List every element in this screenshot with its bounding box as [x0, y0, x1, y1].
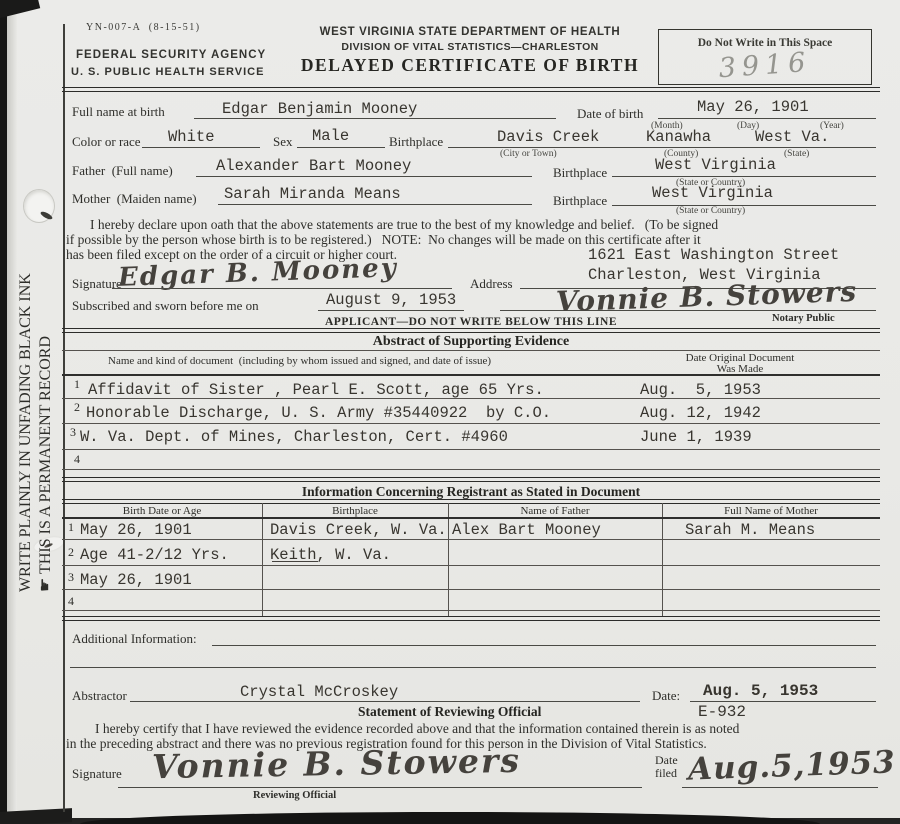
- father-birthplace-value: West Virginia: [655, 156, 776, 174]
- evidence-row-document: Honorable Discharge, U. S. Army #3544092…: [86, 404, 551, 422]
- field-underline: [70, 651, 876, 668]
- registrant-row-number: 2: [68, 545, 74, 560]
- table-row-line: [62, 398, 880, 399]
- abstract-date-label: Date:: [652, 688, 680, 704]
- divider: [62, 374, 880, 376]
- mother-name-value: Sarah Miranda Means: [224, 185, 401, 203]
- birthplace-county-value: Kanawha: [646, 128, 711, 146]
- table-row-line: [62, 449, 880, 450]
- father-birthplace-label: Birthplace: [553, 165, 607, 181]
- city-sublabel: (City or Town): [500, 149, 557, 159]
- evidence-row-document: W. Va. Dept. of Mines, Charleston, Cert.…: [80, 428, 508, 446]
- registrant-birth-value: May 26, 1901: [80, 571, 192, 589]
- evidence-row-date: Aug. 12, 1942: [640, 404, 761, 422]
- divider: [62, 350, 880, 351]
- field-underline: [130, 685, 640, 702]
- registrant-col-header-birthplace: Birthplace: [262, 505, 448, 517]
- margin-line-1: WRITE PLAINLY IN UNFADING BLACK INK: [17, 212, 35, 592]
- scanned-birth-certificate: WRITE PLAINLY IN UNFADING BLACK INK ☛ TH…: [0, 0, 900, 824]
- race-value: White: [168, 128, 215, 146]
- full-name-label: Full name at birth: [72, 104, 165, 120]
- field-underline: [690, 685, 876, 702]
- father-name-value: Alexander Bart Mooney: [216, 157, 411, 175]
- form-title: DELAYED CERTIFICATE OF BIRTH: [290, 55, 650, 76]
- date-of-birth-label: Date of birth: [577, 106, 643, 122]
- mother-birthplace-label: Birthplace: [553, 193, 607, 209]
- evidence-row-date: Aug. 5, 1953: [640, 381, 761, 399]
- sex-value: Male: [312, 127, 349, 145]
- divider: [62, 517, 880, 519]
- date-of-birth-value: May 26, 1901: [697, 98, 809, 116]
- agency-name: FEDERAL SECURITY AGENCY: [76, 49, 266, 61]
- table-row-line: [62, 539, 880, 540]
- mother-name-label: Mother (Maiden name): [72, 191, 197, 207]
- review-signature-label: Signature: [72, 766, 122, 782]
- form-left-border: [63, 24, 65, 812]
- agency-service-name: U. S. PUBLIC HEALTH SERVICE: [71, 66, 264, 78]
- section-divider: [62, 616, 880, 621]
- birthplace-label: Birthplace: [389, 134, 443, 150]
- address-label: Address: [470, 276, 513, 292]
- registrant-row-number: 3: [68, 570, 74, 585]
- reviewing-official-label: Reviewing Official: [253, 790, 336, 801]
- margin-line-2-text: THIS IS A PERMANENT RECORD: [37, 336, 54, 574]
- evidence-row-number: 4: [74, 452, 80, 467]
- evidence-row-number: 1: [74, 377, 80, 392]
- sworn-label: Subscribed and sworn before me on: [72, 298, 259, 314]
- field-underline: [112, 272, 452, 289]
- table-column-line: [262, 503, 263, 616]
- table-row-line: [62, 610, 880, 611]
- state-sublabel: (State): [784, 149, 809, 159]
- registrant-birth-value: Age 41-2/12 Yrs.: [80, 546, 229, 564]
- abstractor-label: Abstractor: [72, 688, 127, 704]
- applicant-note: APPLICANT—DO NOT WRITE BELOW THIS LINE: [62, 316, 880, 328]
- section-divider: [62, 328, 880, 333]
- scan-left-edge-shadow: [7, 0, 17, 824]
- table-row-line: [62, 589, 880, 590]
- scan-bottom-left-corner: [0, 808, 72, 824]
- mother-birthplace-value: West Virginia: [652, 184, 773, 202]
- table-row-line: [62, 565, 880, 566]
- evidence-row-number: 3: [70, 425, 76, 440]
- margin-line-2: ☛ THIS IS A PERMANENT RECORD: [35, 212, 55, 592]
- additional-information-label: Additional Information:: [72, 631, 197, 647]
- certify-line-1: I hereby certify that I have reviewed th…: [95, 721, 739, 737]
- full-name-value: Edgar Benjamin Mooney: [222, 100, 417, 118]
- evidence-row-document: Affidavit of Sister , Pearl E. Scott, ag…: [88, 381, 544, 399]
- scan-left-edge: [0, 0, 7, 824]
- registrant-col-header-birth: Birth Date or Age: [62, 505, 262, 517]
- registrar-number-handwritten: 3916: [658, 43, 872, 89]
- table-row-line: [62, 469, 880, 470]
- table-column-line: [448, 503, 449, 616]
- divider: [62, 499, 880, 504]
- race-label: Color or race: [72, 134, 141, 150]
- field-underline: [118, 771, 642, 788]
- registrant-col-header-mother: Full Name of Mother: [662, 505, 880, 517]
- field-underline: [212, 629, 876, 646]
- hand-underline: [272, 545, 318, 562]
- department-name: WEST VIRGINIA STATE DEPARTMENT OF HEALTH: [290, 26, 650, 38]
- father-name-label: Father (Full name): [72, 163, 173, 179]
- registrant-row-number: 1: [68, 520, 74, 535]
- form-number: YN-007-A (8-15-51): [86, 22, 201, 33]
- evidence-document-column-header: Name and kind of document (including by …: [108, 355, 491, 367]
- registrant-birth-value: May 26, 1901: [80, 521, 192, 539]
- do-not-write-box: Do Not Write in This Space 3916: [658, 29, 872, 85]
- evidence-row-date: June 1, 1939: [640, 428, 752, 446]
- registrant-father-value: Alex Bart Mooney: [452, 521, 601, 539]
- evidence-row-number: 2: [74, 400, 80, 415]
- birthplace-city-value: Davis Creek: [497, 128, 599, 146]
- review-section-title: Statement of Reviewing Official: [358, 704, 541, 720]
- table-column-line: [662, 503, 663, 616]
- registrant-col-header-father: Name of Father: [448, 505, 662, 517]
- field-underline: [318, 294, 464, 311]
- registrant-row-number: 4: [68, 594, 74, 609]
- header-divider: [62, 87, 880, 92]
- division-name: DIVISION OF VITAL STATISTICS—CHARLESTON: [290, 41, 650, 53]
- birthplace-state-value: West Va.: [755, 128, 829, 146]
- field-underline: [682, 771, 878, 788]
- scan-bottom-shadow: [80, 812, 820, 824]
- applicant-address-line-1: 1621 East Washington Street: [588, 246, 839, 264]
- section-divider: [62, 477, 880, 482]
- margin-instructions: WRITE PLAINLY IN UNFADING BLACK INK ☛ TH…: [17, 212, 55, 592]
- sex-label: Sex: [273, 134, 293, 150]
- registrant-section-title: Information Concerning Registrant as Sta…: [62, 484, 880, 500]
- review-number-value: E-932: [698, 703, 746, 721]
- evidence-section-title: Abstract of Supporting Evidence: [62, 334, 880, 350]
- scan-corner-artifact: [0, 0, 40, 19]
- pointing-hand-icon: ☛: [37, 578, 54, 592]
- state-or-country-sublabel: (State or Country): [676, 206, 745, 216]
- date-filed-label-2: filed: [655, 766, 677, 781]
- registrant-birthplace-value: Davis Creek, W. Va.: [270, 521, 447, 539]
- table-row-line: [62, 423, 880, 424]
- registrant-mother-value: Sarah M. Means: [685, 521, 815, 539]
- oath-line-1: I hereby declare upon oath that the abov…: [90, 217, 718, 233]
